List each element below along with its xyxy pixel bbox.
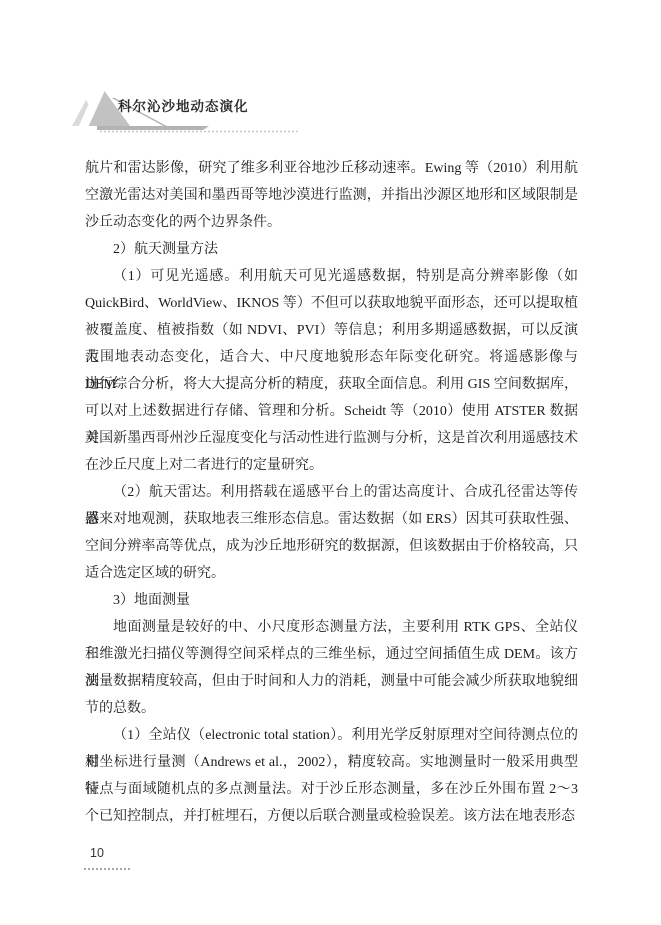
body-text: 航片和雷达影像，研究了维多利亚谷地沙丘移动速率。Ewing 等（2010）利用航… (85, 155, 578, 830)
text-line: 地面测量是较好的中、小尺度形态测量方法，主要利用 RTK GPS、全站仪和 (85, 614, 578, 641)
text-line: QuickBird、WorldView、IKNOS 等）不但可以获取地貌平面形态… (85, 290, 578, 317)
header-rule (97, 126, 209, 130)
text-line: 在沙丘尺度上对二者进行的定量研究。 (85, 452, 578, 479)
text-line: （1）可见光遥感。利用航天可见光遥感数据，特别是高分辨率影像（如 (85, 263, 578, 290)
text-line: （2）航天雷达。利用搭载在遥感平台上的雷达高度计、合成孔径雷达等传感 (85, 479, 578, 506)
text-line: 3）地面测量 (85, 587, 578, 614)
text-line: 个已知控制点，并打桩埋石，方便以后联合测量或检验误差。该方法在地表形态 (85, 803, 578, 830)
running-head-title: 科尔沁沙地动态演化 (118, 95, 249, 115)
document-page: 科尔沁沙地动态演化 航片和雷达影像，研究了维多利亚谷地沙丘移动速率。Ewing … (0, 0, 661, 925)
text-line: （1）全站仪（electronic total station）。利用光学反射原… (85, 722, 578, 749)
text-line: 被覆盖度、植被指数（如 NDVI、PVI）等信息；利用多期遥感数据，可以反演大 (85, 317, 578, 344)
footer-dash-mark (84, 862, 130, 870)
text-line: 征点与面域随机点的多点测量法。对于沙丘形态测量，多在沙丘外围布置 2～3 (85, 776, 578, 803)
text-line: 空间分辨率高等优点，成为沙丘地形研究的数据源，但该数据由于价格较高，只 (85, 533, 578, 560)
text-line: 2）航天测量方法 (85, 236, 578, 263)
text-line: 可以对上述数据进行存储、管理和分析。Scheidt 等（2010）使用 ATST… (85, 398, 578, 425)
text-line: 对坐标进行量测（Andrews et al.，2002），精度较高。实地测量时一… (85, 749, 578, 776)
text-line: 三维激光扫描仪等测得空间采样点的三维坐标，通过空间插值生成 DEM。该方法 (85, 641, 578, 668)
text-line: 美国新墨西哥州沙丘湿度变化与活动性进行监测与分析，这是首次利用遥感技术 (85, 425, 578, 452)
text-line: 适合选定区域的研究。 (85, 560, 578, 587)
text-line: 航片和雷达影像，研究了维多利亚谷地沙丘移动速率。Ewing 等（2010）利用航 (85, 155, 578, 182)
text-line: 节的总数。 (85, 695, 578, 722)
text-line: 器来对地观测，获取地表三维形态信息。雷达数据（如 ERS）因其可获取性强、 (85, 506, 578, 533)
page-number: 10 (90, 846, 104, 860)
text-line: 测量数据精度较高，但由于时间和人力的消耗，测量中可能会减少所获取地貌细 (85, 668, 578, 695)
text-line: 空激光雷达对美国和墨西哥等地沙漠进行监测，并指出沙源区地形和区域限制是 (85, 182, 578, 209)
text-line: 沙丘动态变化的两个边界条件。 (85, 209, 578, 236)
text-line: 进行综合分析，将大大提高分析的精度，获取全面信息。利用 GIS 空间数据库， (85, 371, 578, 398)
text-line: 范围地表动态变化，适合大、中尺度地貌形态年际变化研究。将遥感影像与 DEM (85, 344, 578, 371)
